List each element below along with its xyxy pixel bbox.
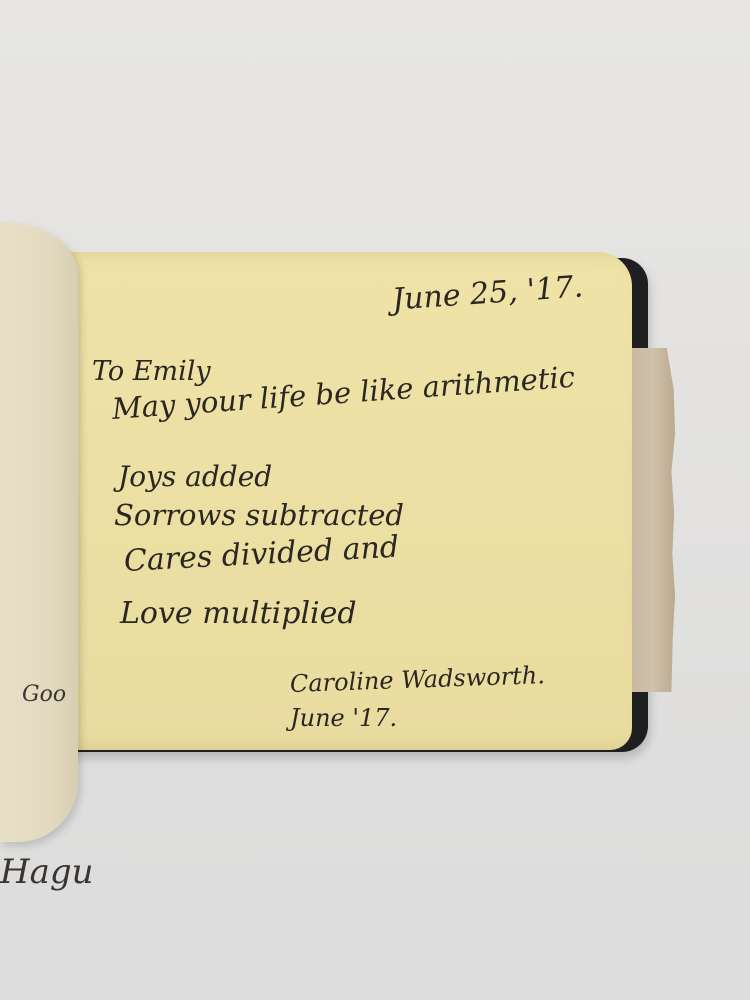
verse-line-5: Love multiplied (120, 596, 357, 631)
torn-page-stub (630, 348, 676, 692)
greeting: To Emily (92, 356, 211, 387)
left-page-text-2: Hagu (0, 852, 94, 892)
verse-line-3: Sorrows subtracted (114, 498, 404, 532)
left-page-curled: Goo Hagu (0, 222, 78, 842)
photo-scene: June 25, '17. To Emily May your life be … (0, 0, 750, 1000)
signature-date: June '17. (290, 704, 397, 732)
verse-line-2: Joys added (118, 460, 272, 493)
left-page-text-1: Goo (22, 682, 66, 707)
